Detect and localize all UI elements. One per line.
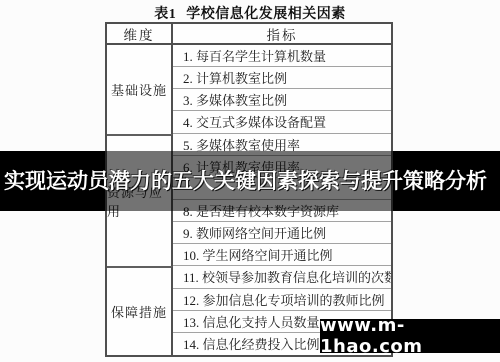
table-row: 11. 校领导参加教育信息化培训的次数: [173, 266, 391, 288]
site-url-badge: www.m-1hao.com: [320, 319, 500, 353]
group-infrastructure: 基础设施: [107, 45, 173, 134]
table-row: 4. 交互式多媒体设备配置: [173, 111, 391, 133]
table-row: 12. 参加信息化专项培训的教师比例: [173, 289, 391, 311]
table-row: 1. 每百名学生计算机数量: [173, 45, 391, 67]
site-url-text: www.m-1hao.com: [320, 315, 500, 357]
table-number: 表1: [154, 7, 176, 22]
watermark-overlay-band: 实现运动员潜力的五大关键因素探索与提升策略分析: [0, 151, 500, 211]
watermark-headline: 实现运动员潜力的五大关键因素探索与提升策略分析: [4, 151, 487, 211]
table-title-text: 学校信息化发展相关因素: [186, 7, 346, 22]
table-row: 3. 多媒体教室比例: [173, 89, 391, 111]
scanned-table-page: 表1学校信息化发展相关因素 维度 指标 基础设施 资源与应用 保障措施 1. 每…: [0, 0, 500, 362]
table-row: 2. 计算机教室比例: [173, 67, 391, 89]
header-indicator: 指标: [173, 24, 391, 45]
header-dimension: 维度: [107, 24, 173, 45]
table-row: 9. 教师网络空间开通比例: [173, 222, 391, 244]
table-row: 10. 学生网络空间开通比例: [173, 244, 391, 266]
group-safeguard-measures: 保障措施: [107, 266, 173, 355]
table-title: 表1学校信息化发展相关因素: [0, 3, 500, 23]
